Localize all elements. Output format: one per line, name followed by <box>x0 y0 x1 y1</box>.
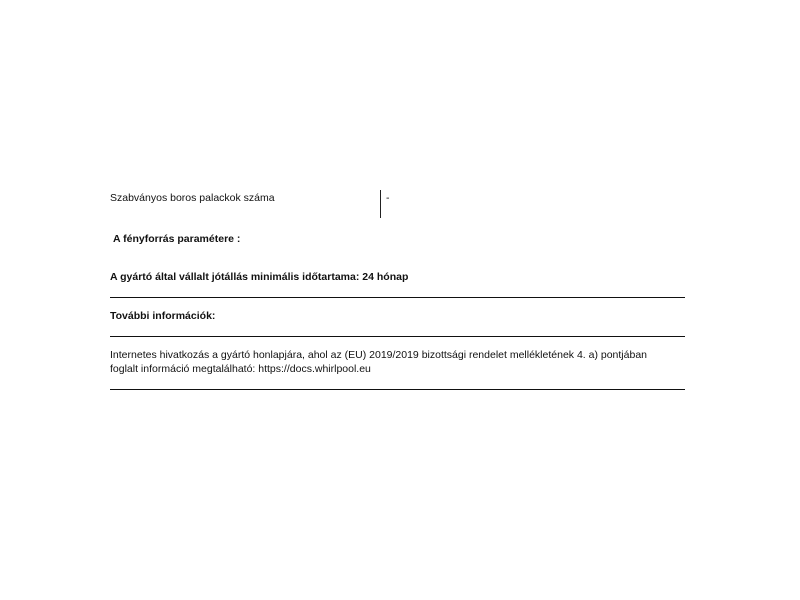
more-info-line-1: Internetes hivatkozás a gyártó honlapjár… <box>110 348 690 362</box>
more-info-line-2: foglalt információ megtalálható: https:/… <box>110 362 690 376</box>
bottle-count-label: Szabványos boros palackok száma <box>110 191 275 205</box>
more-info-heading: További információk: <box>110 309 215 323</box>
divider-line-3 <box>110 389 685 390</box>
bottle-count-value: - <box>386 191 390 205</box>
divider-line-2 <box>110 336 685 337</box>
more-info-paragraph: Internetes hivatkozás a gyártó honlapjár… <box>110 348 690 376</box>
light-source-heading: A fényforrás paramétere : <box>113 232 240 246</box>
warranty-text: A gyártó által vállalt jótállás minimáli… <box>110 270 408 284</box>
divider-line-1 <box>110 297 685 298</box>
column-divider <box>380 190 381 218</box>
